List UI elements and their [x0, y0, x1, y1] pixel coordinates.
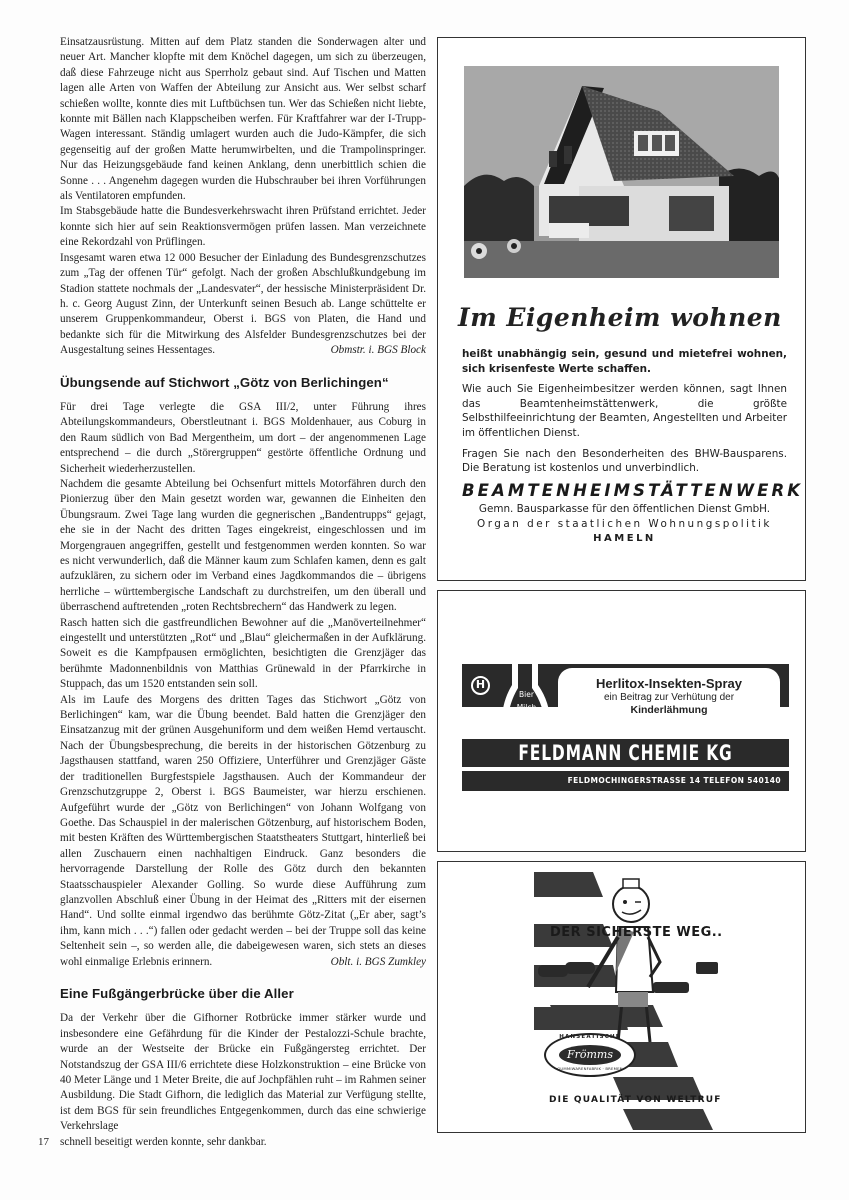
paragraph-last-line: 17 schnell beseitigt werden konnte, sehr…: [60, 1135, 426, 1150]
product-emphasis: Kinderlähmung: [558, 704, 780, 716]
product-banner: H Bier - Milch - Wasserstein Herlitox-In…: [462, 664, 789, 707]
ad-text: Fragen Sie nach den Besonderheiten des B…: [462, 447, 787, 476]
paragraph: Nachdem die gesamte Abteilung bei Ochsen…: [60, 477, 426, 616]
logo-top-text: HANSEATISCHE: [546, 1034, 634, 1040]
logo-bottom-text: GUMMIWARENFABRIK · BREMEN: [546, 1066, 634, 1071]
bottle-line: Wasserstein: [502, 714, 556, 727]
product-bubble: Herlitox-Insekten-Spray ein Beitrag zur …: [558, 668, 780, 730]
section-heading: Eine Fußgängerbrücke über die Aller: [60, 986, 426, 1001]
product-title: Herlitox-Insekten-Spray: [558, 676, 780, 691]
fromms-advertisement: DER SICHERSTE WEG.. HANSEATISCHE Frömms …: [437, 861, 806, 1133]
article-section-goetz: Übungsende auf Stichwort „Götz von Berli…: [60, 375, 426, 970]
magazine-page: Einsatzausrüstung. Mitten auf dem Platz …: [0, 0, 849, 1200]
paragraph: Einsatzausrüstung. Mitten auf dem Platz …: [60, 35, 426, 204]
page-number: 17: [38, 1135, 49, 1150]
ad-text: Wie auch Sie Eigenheimbesitzer werden kö…: [462, 382, 787, 440]
h-logo-icon: H: [471, 676, 490, 695]
company-tagline: Organ der staatlichen Wohnungspolitik: [462, 517, 787, 532]
ad-headline: DER SICHERSTE WEG..: [550, 925, 723, 940]
company-address: FELDMOCHINGERSTRASSE 14 TELEFON 540140: [462, 771, 789, 791]
crosswalk-illustration-icon: [438, 862, 807, 1134]
paragraph: Im Stabsgebäude hatte die Bundesverkehrs…: [60, 204, 426, 250]
paragraph: Für drei Tage verlegte die GSA III/2, un…: [60, 400, 426, 477]
article-section-open-day: Einsatzausrüstung. Mitten auf dem Platz …: [60, 35, 426, 359]
paragraph-text: schnell beseitigt werden konnte, sehr da…: [60, 1136, 267, 1148]
herlitox-advertisement: H Bier - Milch - Wasserstein Herlitox-In…: [437, 590, 806, 852]
bottle-line: Milch -: [502, 701, 556, 714]
logo-brand: Frömms: [559, 1045, 621, 1065]
company-banner: FELDMANN CHEMIE KG MÜNCHEN: [462, 739, 789, 767]
ad-headline: Im Eigenheim wohnen: [458, 303, 788, 332]
section-heading: Übungsende auf Stichwort „Götz von Berli…: [60, 375, 426, 390]
paragraph: Rasch hatten sich die gastfreundlichen B…: [60, 616, 426, 693]
paragraph: Da der Verkehr über die Gifhorner Rotbrü…: [60, 1011, 426, 1134]
ad-lead: heißt unabhängig sein, gesund und mietef…: [462, 347, 787, 376]
brand-name: BEAMTENHEIMSTÄTTENWERK: [462, 484, 787, 499]
company-city: HAMELN: [462, 532, 787, 547]
ad-body: heißt unabhängig sein, gesund und mietef…: [462, 347, 787, 546]
article-section-bridge: Eine Fußgängerbrücke über die Aller Da d…: [60, 986, 426, 1150]
article-column: Einsatzausrüstung. Mitten auf dem Platz …: [60, 35, 426, 1150]
bottle-text: Bier - Milch - Wasserstein: [502, 688, 556, 727]
fromms-logo: HANSEATISCHE Frömms GUMMIWARENFABRIK · B…: [544, 1033, 636, 1077]
house-image-icon: [464, 66, 779, 278]
paragraph: Als im Laufe des Morgens des dritten Tag…: [60, 693, 426, 970]
bhw-advertisement: Im Eigenheim wohnen heißt unabhängig sei…: [437, 37, 806, 581]
bottle-line: Bier -: [502, 688, 556, 701]
ad-tagline: DIE QUALITÄT VON WELTRUF: [549, 1095, 722, 1105]
house-photo: [464, 66, 779, 278]
company-line: Gemn. Bausparkasse für den öffentlichen …: [462, 502, 787, 517]
product-subtitle: ein Beitrag zur Verhütung der: [558, 692, 780, 703]
